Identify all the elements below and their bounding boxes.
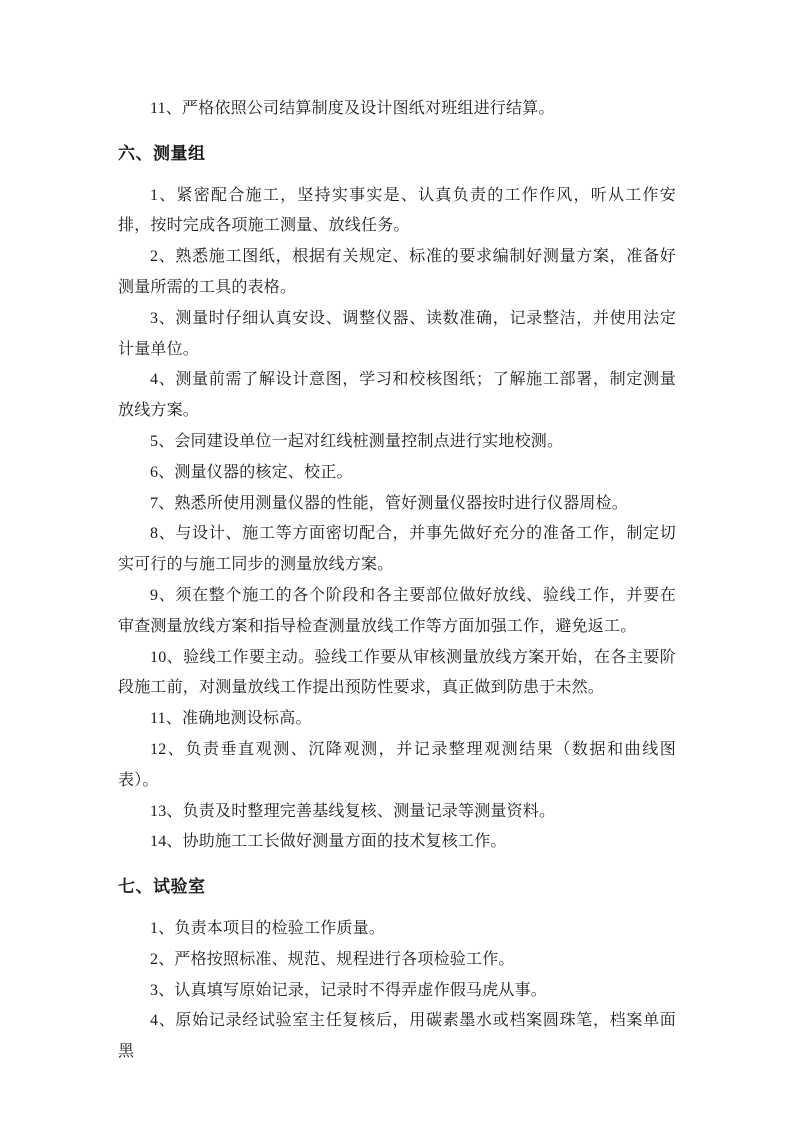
paragraph: 7、熟悉所使用测量仪器的性能，管好测量仪器按时进行仪器周检。	[118, 489, 676, 520]
paragraph: 4、测量前需了解设计意图，学习和校核图纸；了解施工部署，制定测量放线方案。	[118, 365, 676, 427]
paragraph: 2、熟悉施工图纸，根据有关规定、标准的要求编制好测量方案，准备好测量所需的工具的…	[118, 242, 676, 304]
paragraph: 5、会同建设单位一起对红线桩测量控制点进行实地校测。	[118, 427, 676, 458]
document-page: 11、严格依照公司结算制度及设计图纸对班组进行结算。 六、测量组 1、紧密配合施…	[0, 0, 793, 1122]
paragraph: 1、紧密配合施工，坚持实事实是、认真负责的工作作风，听从工作安排，按时完成各项施…	[118, 181, 676, 243]
document-content: 11、严格依照公司结算制度及设计图纸对班组进行结算。 六、测量组 1、紧密配合施…	[118, 94, 676, 1068]
paragraph: 2、严格按照标准、规范、规程进行各项检验工作。	[118, 945, 676, 976]
section-heading-survey-group: 六、测量组	[118, 139, 676, 170]
paragraph: 1、负责本项目的检验工作质量。	[118, 914, 676, 945]
paragraph: 10、验线工作要主动。验线工作要从审核测量放线方案开始，在各主要阶段施工前，对测…	[118, 643, 676, 705]
paragraph: 6、测量仪器的核定、校正。	[118, 458, 676, 489]
paragraph: 9、须在整个施工的各个阶段和各主要部位做好放线、验线工作，并要在审查测量放线方案…	[118, 581, 676, 643]
section-heading-test-lab: 七、试验室	[118, 872, 676, 903]
paragraph: 12、负责垂直观测、沉降观测，并记录整理观测结果（数据和曲线图表）。	[118, 735, 676, 797]
paragraph: 3、测量时仔细认真安设、调整仪器、读数准确，记录整洁，并使用法定计量单位。	[118, 304, 676, 366]
paragraph: 14、协助施工工长做好测量方面的技术复核工作。	[118, 827, 676, 858]
paragraph: 11、严格依照公司结算制度及设计图纸对班组进行结算。	[118, 94, 676, 125]
paragraph: 13、负责及时整理完善基线复核、测量记录等测量资料。	[118, 797, 676, 828]
paragraph: 3、认真填写原始记录，记录时不得弄虚作假马虎从事。	[118, 976, 676, 1007]
paragraph: 4、原始记录经试验室主任复核后，用碳素墨水或档案圆珠笔，档案单面黑	[118, 1006, 676, 1068]
paragraph: 11、准确地测设标高。	[118, 704, 676, 735]
paragraph: 8、与设计、施工等方面密切配合，并事先做好充分的准备工作，制定切实可行的与施工同…	[118, 519, 676, 581]
